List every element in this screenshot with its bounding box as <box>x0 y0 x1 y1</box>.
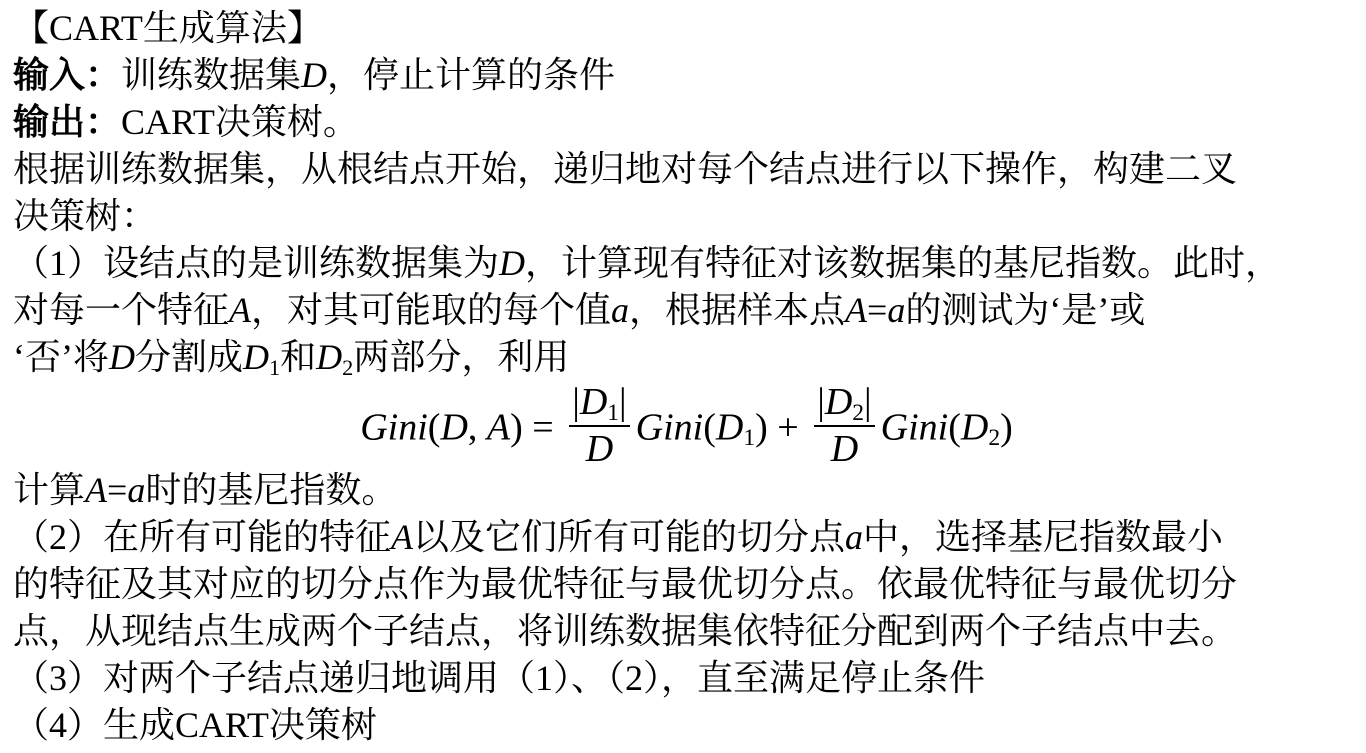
step1-line-1: （1）设结点的是训练数据集为D，计算现有特征对该数据集的基尼指数。此时， <box>13 240 1360 287</box>
text-segment: | <box>864 381 872 423</box>
document-body: 【CART生成算法】输入：训练数据集D，停止计算的条件输出：CART决策树。根据… <box>13 5 1360 749</box>
text-segment: D <box>499 243 525 283</box>
text-segment: | <box>817 381 825 423</box>
algorithm-title: 【CART生成算法】 <box>13 5 1360 52</box>
text-segment: 中，选择基尼指数最小 <box>863 517 1223 557</box>
text-segment: 两部分，利用 <box>353 337 569 377</box>
text-segment: D <box>109 337 135 377</box>
text-segment: = <box>107 470 127 510</box>
text-segment: , <box>468 406 487 448</box>
text-segment: A <box>85 470 107 510</box>
text-segment: ) = <box>510 406 563 448</box>
text-segment: Gini <box>636 406 704 448</box>
step1-line-4: 计算A=a时的基尼指数。 <box>13 467 1360 514</box>
text-segment: 和 <box>280 337 316 377</box>
text-segment: （2）在所有可能的特征 <box>13 517 391 557</box>
text-segment: ，对其可能取的每个值 <box>251 290 611 330</box>
text-segment: 训练数据集 <box>121 55 301 95</box>
text-segment: A <box>229 290 251 330</box>
text-segment: a <box>845 517 863 557</box>
text-segment: CART决策树。 <box>121 102 359 142</box>
document-page: 【CART生成算法】输入：训练数据集D，停止计算的条件输出：CART决策树。根据… <box>0 0 1366 749</box>
text-segment: ( <box>948 406 961 448</box>
text-segment: 2 <box>342 355 353 380</box>
text-segment: 的特征及其对应的切分点作为最优特征与最优切分点。依最优特征与最优切分 <box>13 564 1237 604</box>
text-segment: | <box>572 381 580 423</box>
intro-line-2: 决策树： <box>13 193 1360 240</box>
text-segment: D <box>243 337 269 377</box>
fraction-denominator: D <box>569 427 629 471</box>
text-segment: a <box>127 470 145 510</box>
text-segment: 以及它们所有可能的切分点 <box>413 517 845 557</box>
text-segment: D <box>716 406 743 448</box>
text-segment: D <box>825 381 852 423</box>
text-segment: Gini <box>881 406 949 448</box>
text-segment: 决策树： <box>13 196 157 236</box>
step3-line: （3）对两个子结点递归地调用（1）、（2），直至满足停止条件 <box>13 655 1360 702</box>
output-line: 输出：CART决策树。 <box>13 99 1360 146</box>
text-segment: 1 <box>269 355 280 380</box>
text-segment: D <box>961 406 988 448</box>
text-segment: ，计算现有特征对该数据集的基尼指数。此时， <box>525 243 1281 283</box>
text-segment: 【CART生成算法】 <box>13 8 323 48</box>
step2-line-1: （2）在所有可能的特征A以及它们所有可能的切分点a中，选择基尼指数最小 <box>13 514 1360 561</box>
text-segment: （3）对两个子结点递归地调用（1）、（2），直至满足停止条件 <box>13 658 985 698</box>
text-segment: ‘否’将 <box>13 337 109 377</box>
text-segment: A <box>487 406 510 448</box>
text-segment: 1 <box>743 425 755 451</box>
text-segment: a <box>887 290 905 330</box>
text-segment: D <box>586 428 613 470</box>
fraction-denominator: D <box>814 427 874 471</box>
text-segment: 时的基尼指数。 <box>145 470 397 510</box>
text-segment: 2 <box>988 425 1000 451</box>
text-segment: ，停止计算的条件 <box>327 55 615 95</box>
step2-line-3: 点，从现结点生成两个子结点，将训练数据集依特征分配到两个子结点中去。 <box>13 608 1360 655</box>
intro-line-1: 根据训练数据集，从根结点开始，递归地对每个结点进行以下操作，构建二叉 <box>13 146 1360 193</box>
text-segment: ( <box>703 406 716 448</box>
text-segment: （4）生成CART决策树 <box>13 705 377 745</box>
text-segment: a <box>611 290 629 330</box>
text-segment: 分割成 <box>135 337 243 377</box>
text-segment: ) <box>1000 406 1013 448</box>
text-segment: A <box>845 290 867 330</box>
text-segment: A <box>391 517 413 557</box>
step2-line-2: 的特征及其对应的切分点作为最优特征与最优切分点。依最优特征与最优切分 <box>13 561 1360 608</box>
text-segment: D <box>831 428 858 470</box>
text-segment: 点，从现结点生成两个子结点，将训练数据集依特征分配到两个子结点中去。 <box>13 611 1237 651</box>
text-segment: 输出： <box>13 102 121 142</box>
step4-line: （4）生成CART决策树 <box>13 702 1360 749</box>
text-segment: D <box>301 55 327 95</box>
text-segment: 计算 <box>13 470 85 510</box>
text-segment: ( <box>428 406 441 448</box>
text-segment: 对每一个特征 <box>13 290 229 330</box>
text-segment: 1 <box>607 400 619 426</box>
text-segment: ，根据样本点 <box>629 290 845 330</box>
step1-line-3: ‘否’将D分割成D1和D2两部分，利用 <box>13 334 1360 381</box>
text-segment: （1）设结点的是训练数据集为 <box>13 243 499 283</box>
step1-line-2: 对每一个特征A，对其可能取的每个值a，根据样本点A=a的测试为‘是’或 <box>13 287 1360 334</box>
fraction-numerator: |D2| <box>814 381 874 427</box>
text-segment: D <box>316 337 342 377</box>
text-segment: 2 <box>852 400 864 426</box>
text-segment: 的测试为‘是’或 <box>905 290 1145 330</box>
fraction: |D2|D <box>814 381 874 470</box>
text-segment: = <box>867 290 887 330</box>
text-segment: 根据训练数据集，从根结点开始，递归地对每个结点进行以下操作，构建二叉 <box>13 149 1237 189</box>
gini-formula: Gini(D, A) = |D1|DGini(D1) + |D2|DGini(D… <box>13 381 1360 467</box>
text-segment: D <box>440 406 467 448</box>
text-segment: D <box>580 381 607 423</box>
text-segment: ) + <box>755 406 808 448</box>
text-segment: 输入： <box>13 55 121 95</box>
text-segment: | <box>619 381 627 423</box>
text-segment: Gini <box>360 406 428 448</box>
input-line: 输入：训练数据集D，停止计算的条件 <box>13 52 1360 99</box>
fraction: |D1|D <box>569 381 629 470</box>
fraction-numerator: |D1| <box>569 381 629 427</box>
